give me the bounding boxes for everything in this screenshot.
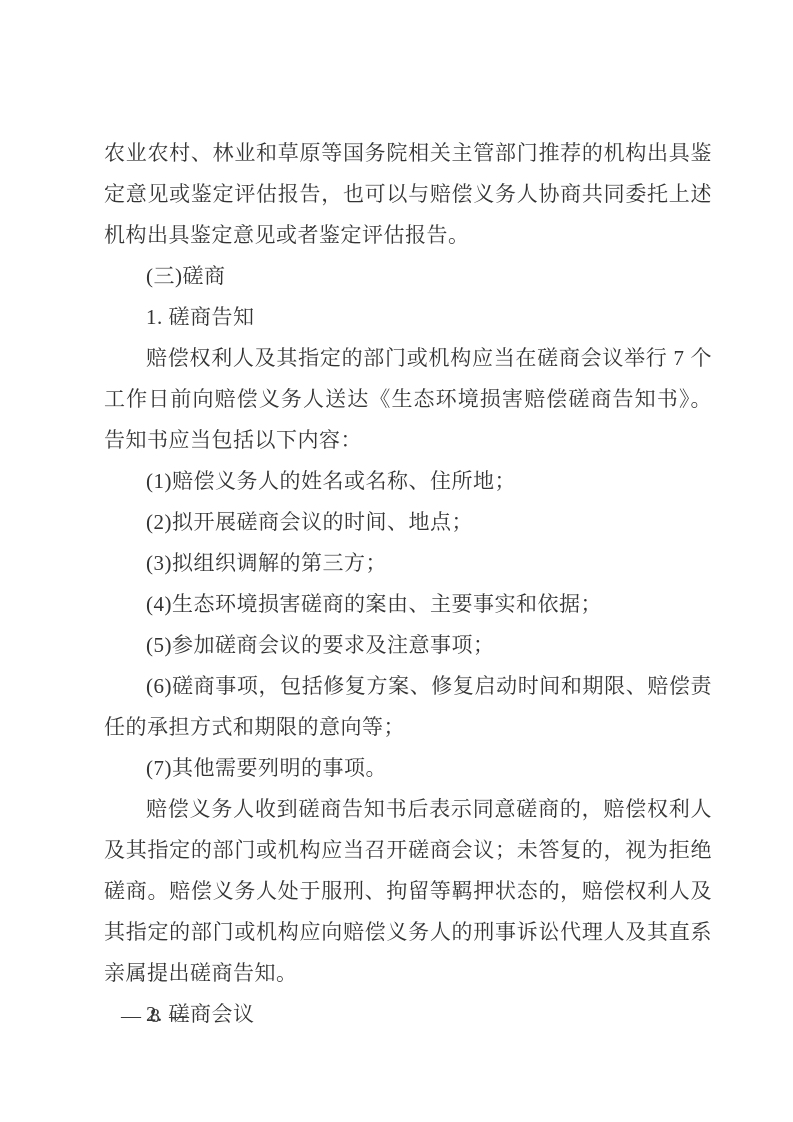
paragraph: (6)磋商事项，包括修复方案、修复启动时间和期限、赔偿责任的承担方式和期限的意向…: [104, 666, 712, 748]
paragraph: 赔偿权利人及其指定的部门或机构应当在磋商会议举行 7 个工作日前向赔偿义务人送达…: [104, 338, 712, 461]
paragraph: (3)拟组织调解的第三方；: [104, 543, 712, 584]
paragraph: 农业农村、林业和草原等国务院相关主管部门推荐的机构出具鉴定意见或鉴定评估报告，也…: [104, 133, 712, 256]
paragraph: (7)其他需要列明的事项。: [104, 748, 712, 789]
page-number: — 8 —: [121, 1000, 191, 1032]
document-body: 农业农村、林业和草原等国务院相关主管部门推荐的机构出具鉴定意见或鉴定评估报告，也…: [104, 133, 712, 1035]
paragraph: 1. 磋商告知: [104, 297, 712, 338]
paragraph: (5)参加磋商会议的要求及注意事项；: [104, 625, 712, 666]
document-page: 农业农村、林业和草原等国务院相关主管部门推荐的机构出具鉴定意见或鉴定评估报告，也…: [0, 0, 793, 1122]
paragraph: (2)拟开展磋商会议的时间、地点；: [104, 502, 712, 543]
paragraph: 赔偿义务人收到磋商告知书后表示同意磋商的，赔偿权利人及其指定的部门或机构应当召开…: [104, 789, 712, 994]
paragraph: (1)赔偿义务人的姓名或名称、住所地；: [104, 461, 712, 502]
paragraph: (三)磋商: [104, 256, 712, 297]
paragraph: 2. 磋商会议: [104, 994, 712, 1035]
paragraph: (4)生态环境损害磋商的案由、主要事实和依据；: [104, 584, 712, 625]
